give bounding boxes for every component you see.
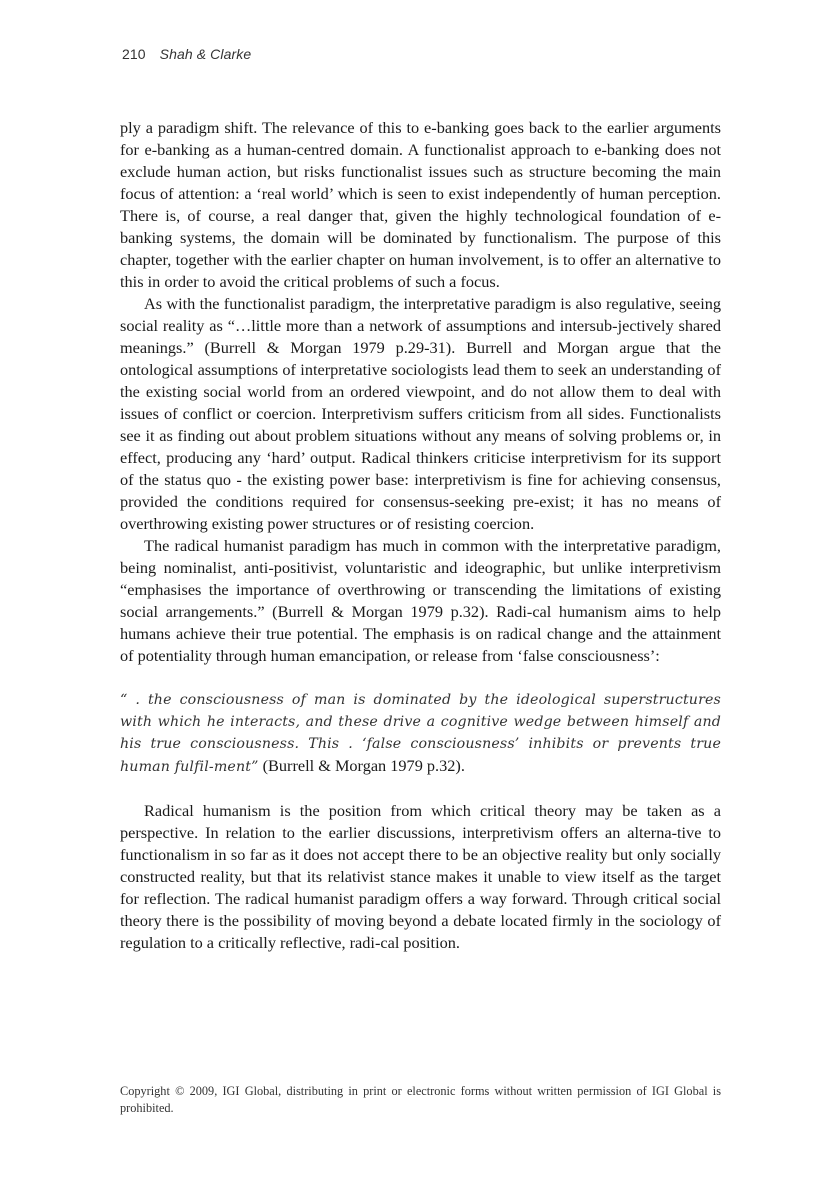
paragraph-continuation: ply a paradigm shift. The relevance of t… bbox=[120, 117, 721, 293]
page-number: 210 bbox=[122, 46, 146, 62]
paragraph-closing: Radical humanism is the position from wh… bbox=[120, 800, 721, 954]
running-head-authors: Shah & Clarke bbox=[160, 46, 252, 62]
running-head: 210 Shah & Clarke bbox=[122, 46, 251, 62]
paragraph-radical-humanist: The radical humanist paradigm has much i… bbox=[120, 535, 721, 667]
copyright-notice: Copyright © 2009, IGI Global, distributi… bbox=[120, 1083, 721, 1117]
body-text: ply a paradigm shift. The relevance of t… bbox=[120, 117, 721, 954]
block-quote: “ . the consciousness of man is dominate… bbox=[120, 689, 721, 778]
paragraph-interpretative: As with the functionalist paradigm, the … bbox=[120, 293, 721, 535]
document-page: 210 Shah & Clarke ply a paradigm shift. … bbox=[0, 0, 840, 1200]
block-quote-citation: (Burrell & Morgan 1979 p.32). bbox=[259, 756, 465, 775]
